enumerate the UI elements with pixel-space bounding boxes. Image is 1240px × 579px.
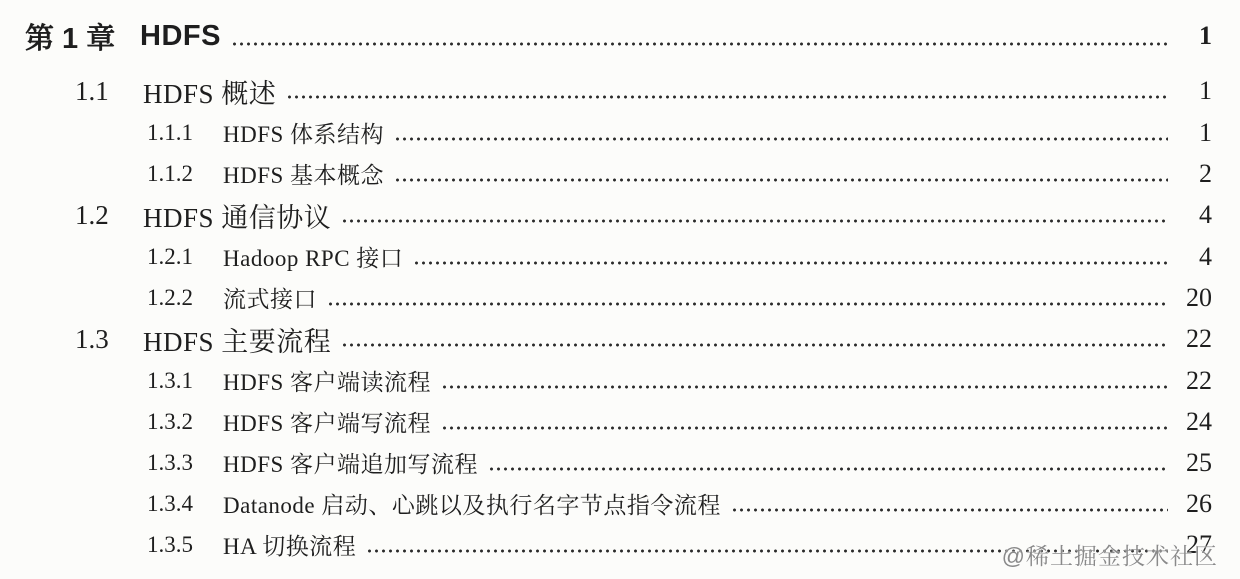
toc-entry: 1.1.2 HDFS 基本概念 2 — [0, 153, 1212, 194]
toc-entry-number: 1.3.5 — [0, 532, 223, 558]
toc-entry-number: 1.2.2 — [0, 285, 223, 311]
toc-entry-title: HDFS 客户端读流程 — [223, 364, 431, 397]
toc-entry-title: HDFS 主要流程 — [143, 320, 331, 359]
toc-entry-title: HDFS — [140, 20, 221, 53]
toc-entry: 1.3 HDFS 主要流程 22 — [0, 318, 1212, 360]
dot-leader — [231, 10, 1168, 62]
book-toc-page: 第 1 章 HDFS 1 1.1 HDFS 概述 1 1.1.1 HDFS 体系… — [0, 0, 1240, 579]
toc-entry-page: 25 — [1176, 448, 1212, 478]
dot-leader — [413, 236, 1168, 277]
toc-entry-page: 24 — [1176, 407, 1212, 437]
toc-entry-page: 27 — [1176, 530, 1212, 560]
toc-list: 第 1 章 HDFS 1 1.1 HDFS 概述 1 1.1.1 HDFS 体系… — [0, 10, 1212, 565]
toc-entry-number: 1.3.3 — [0, 450, 223, 476]
toc-entry-page: 22 — [1176, 324, 1212, 354]
toc-entry: 1.3.1 HDFS 客户端读流程 22 — [0, 360, 1212, 401]
toc-entry-number: 1.1.1 — [0, 120, 223, 146]
dot-leader — [394, 112, 1168, 153]
toc-entry-number: 1.2 — [0, 200, 143, 231]
toc-entry: 1.3.4 Datanode 启动、心跳以及执行名字节点指令流程 26 — [0, 483, 1212, 524]
toc-entry-number: 1.3.1 — [0, 368, 223, 394]
toc-entry-title: 流式接口 — [223, 281, 317, 314]
toc-entry: 1.1 HDFS 概述 1 — [0, 70, 1212, 112]
dot-leader — [341, 194, 1168, 236]
toc-entry-number: 1.3 — [0, 324, 143, 355]
dot-leader — [731, 483, 1168, 524]
dot-leader — [366, 524, 1168, 565]
dot-leader — [441, 360, 1168, 401]
toc-entry-page: 4 — [1176, 200, 1212, 230]
toc-entry-page: 2 — [1176, 159, 1212, 189]
toc-entry-title: Hadoop RPC 接口 — [223, 240, 403, 273]
dot-leader — [441, 401, 1168, 442]
toc-entry: 1.2 HDFS 通信协议 4 — [0, 194, 1212, 236]
toc-entry: 第 1 章 HDFS 1 — [0, 10, 1212, 62]
toc-entry-number: 1.1 — [0, 76, 143, 107]
toc-entry-title: HDFS 概述 — [143, 72, 276, 111]
toc-entry-title: Datanode 启动、心跳以及执行名字节点指令流程 — [223, 487, 721, 520]
dot-leader — [327, 277, 1168, 318]
toc-entry-title: HDFS 客户端写流程 — [223, 405, 431, 438]
toc-entry-page: 1 — [1176, 21, 1212, 51]
toc-entry: 1.3.2 HDFS 客户端写流程 24 — [0, 401, 1212, 442]
toc-entry-title: HDFS 通信协议 — [143, 196, 331, 235]
dot-leader — [341, 318, 1168, 360]
toc-entry: 1.2.2 流式接口 20 — [0, 277, 1212, 318]
dot-leader — [286, 70, 1168, 112]
toc-entry-number: 1.3.2 — [0, 409, 223, 435]
toc-entry: 1.3.3 HDFS 客户端追加写流程 25 — [0, 442, 1212, 483]
dot-leader — [394, 153, 1168, 194]
toc-entry-number: 第 1 章 — [0, 16, 140, 57]
toc-entry: 1.3.5 HA 切换流程 27 — [0, 524, 1212, 565]
toc-entry-page: 20 — [1176, 283, 1212, 313]
toc-entry-page: 26 — [1176, 489, 1212, 519]
toc-entry-title: HDFS 客户端追加写流程 — [223, 446, 478, 479]
toc-entry-title: HA 切换流程 — [223, 528, 356, 561]
toc-entry-page: 1 — [1176, 76, 1212, 106]
dot-leader — [488, 442, 1168, 483]
toc-entry-number: 1.3.4 — [0, 491, 223, 517]
toc-entry-page: 22 — [1176, 366, 1212, 396]
toc-entry-number: 1.1.2 — [0, 161, 223, 187]
toc-entry-number: 1.2.1 — [0, 244, 223, 270]
toc-entry-title: HDFS 基本概念 — [223, 157, 384, 190]
toc-entry-title: HDFS 体系结构 — [223, 116, 384, 149]
toc-entry-page: 1 — [1176, 118, 1212, 148]
toc-entry: 1.2.1 Hadoop RPC 接口 4 — [0, 236, 1212, 277]
toc-entry: 1.1.1 HDFS 体系结构 1 — [0, 112, 1212, 153]
toc-entry-page: 4 — [1176, 242, 1212, 272]
